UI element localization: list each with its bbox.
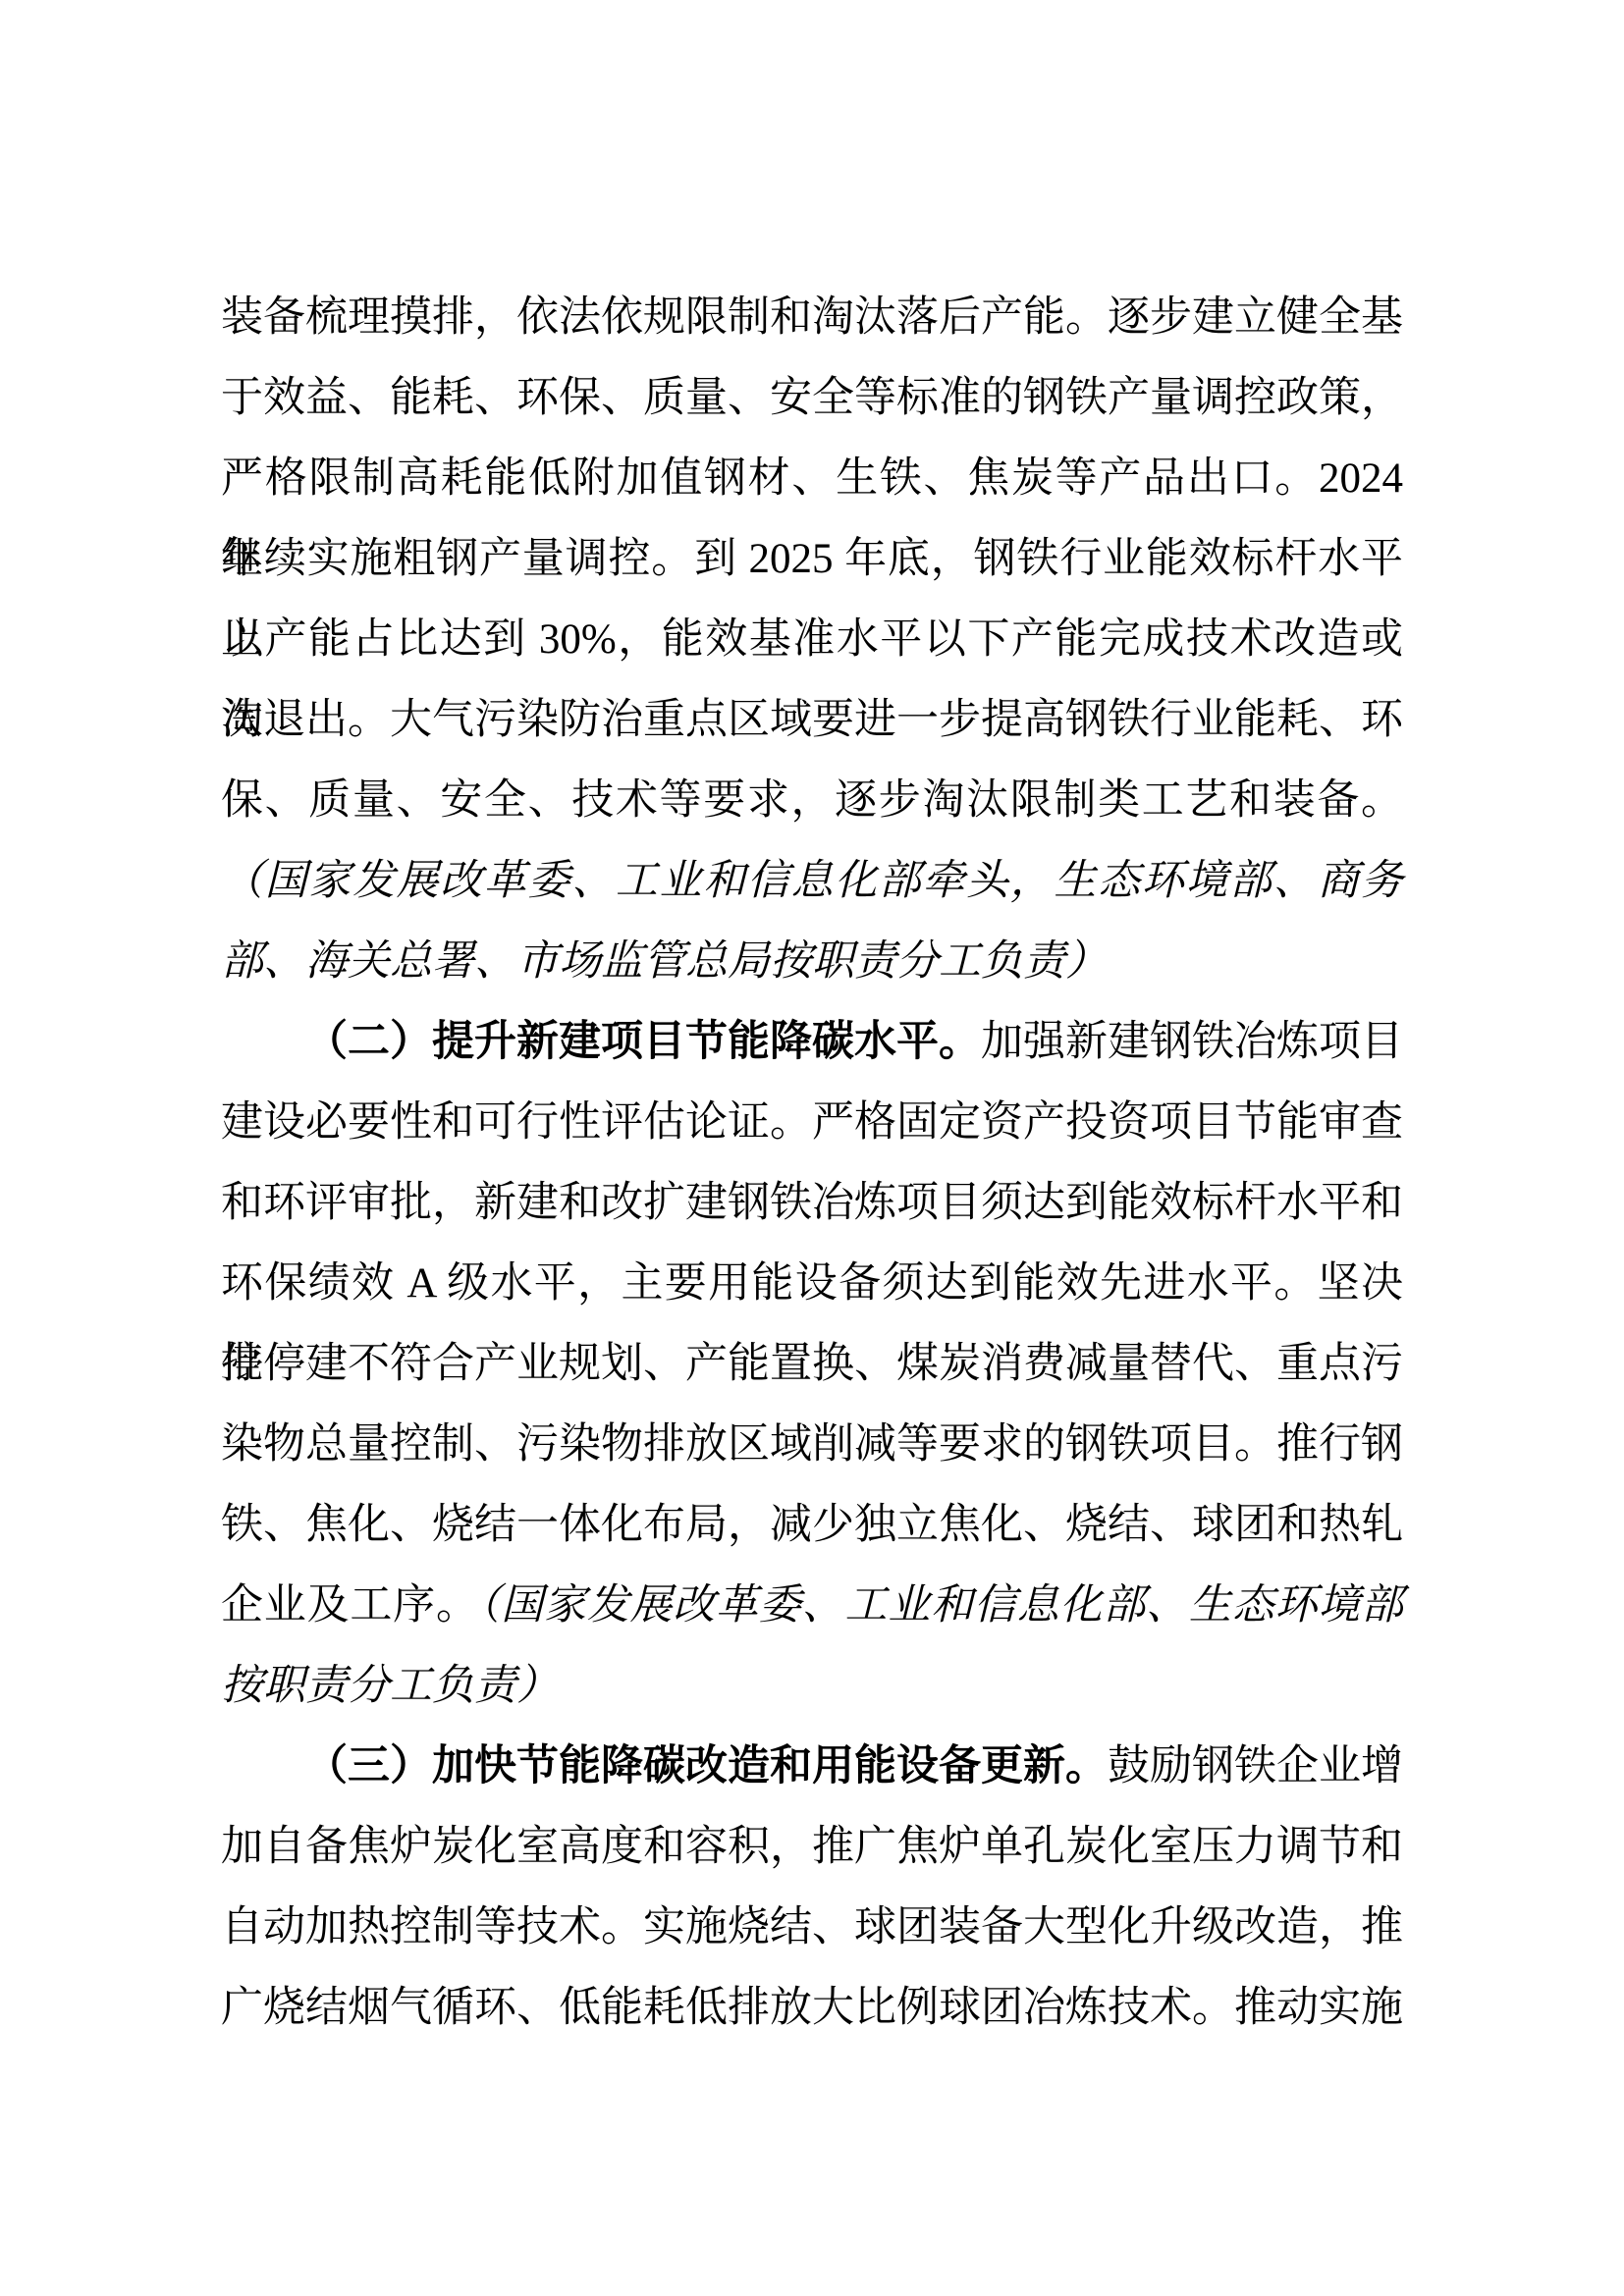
document-line: 企业及工序。（国家发展改革委、工业和信息化部、生态环境部: [221, 1566, 1403, 1646]
document-page: 装备梳理摸排，依法依规限制和淘汰落后产能。逐步建立健全基于效益、能耗、环保、质量…: [0, 0, 1624, 2296]
document-line: （二）提升新建项目节能降碳水平。加强新建钢铁冶炼项目: [221, 1002, 1403, 1083]
body-text: 广烧结烟气循环、低能耗低排放大比例球团冶炼技术。推动实施: [221, 1985, 1403, 2031]
body-text: 于效益、能耗、环保、质量、安全等标准的钢铁产量调控政策，: [221, 375, 1403, 421]
section-heading-text: （三）加快节能降碳改造和用能设备更新。: [305, 1743, 1108, 1789]
document-line: 环保绩效 A 级水平，主要用能设备须达到能效先进水平。坚决停: [221, 1244, 1403, 1324]
document-line: 装备梳理摸排，依法依规限制和淘汰落后产能。逐步建立健全基: [221, 278, 1403, 358]
document-line: 汰退出。大气污染防治重点区域要进一步提高钢铁行业能耗、环: [221, 680, 1403, 761]
document-line: 自动加热控制等技术。实施烧结、球团装备大型化升级改造，推: [221, 1888, 1403, 1968]
document-line: 部、海关总署、市场监管总局按职责分工负责）: [221, 922, 1403, 1002]
document-line: 加自备焦炉炭化室高度和容积，推广焦炉单孔炭化室压力调节和: [221, 1807, 1403, 1888]
body-text: 鼓励钢铁企业增: [1108, 1743, 1403, 1789]
body-text: 加自备焦炉炭化室高度和容积，推广焦炉单孔炭化室压力调节和: [221, 1824, 1403, 1870]
document-line: 批停建不符合产业规划、产能置换、煤炭消费减量替代、重点污: [221, 1324, 1403, 1405]
attribution-text: （国家发展改革委、工业和信息化部、生态环境部: [479, 1582, 1403, 1629]
body-text: 和环评审批，新建和改扩建钢铁冶炼项目须达到能效标杆水平和: [221, 1180, 1403, 1226]
attribution-text: （国家发展改革委、工业和信息化部牵头，生态环境部、商务: [221, 858, 1403, 904]
document-line: 按职责分工负责）: [221, 1646, 1403, 1727]
document-line: 继续实施粗钢产量调控。到 2025 年底，钢铁行业能效标杆水平以: [221, 519, 1403, 600]
body-text: 企业及工序。: [221, 1582, 479, 1629]
document-line: 广烧结烟气循环、低能耗低排放大比例球团冶炼技术。推动实施: [221, 1968, 1403, 2049]
body-text: 汰退出。大气污染防治重点区域要进一步提高钢铁行业能耗、环: [221, 697, 1403, 743]
document-line: 于效益、能耗、环保、质量、安全等标准的钢铁产量调控政策，: [221, 358, 1403, 439]
body-text: 保、质量、安全、技术等要求，逐步淘汰限制类工艺和装备。: [221, 777, 1403, 824]
body-text: 铁、焦化、烧结一体化布局，减少独立焦化、烧结、球团和热轧: [221, 1502, 1403, 1548]
document-line: 铁、焦化、烧结一体化布局，减少独立焦化、烧结、球团和热轧: [221, 1485, 1403, 1566]
body-text: 加强新建钢铁冶炼项目: [981, 1019, 1403, 1065]
document-text: 装备梳理摸排，依法依规限制和淘汰落后产能。逐步建立健全基于效益、能耗、环保、质量…: [221, 278, 1403, 2049]
document-line: 上产能占比达到 30%，能效基准水平以下产能完成技术改造或淘: [221, 600, 1403, 680]
attribution-text: 部、海关总署、市场监管总局按职责分工负责）: [221, 938, 1108, 985]
document-line: 建设必要性和可行性评估论证。严格固定资产投资项目节能审查: [221, 1083, 1403, 1163]
body-text: 建设必要性和可行性评估论证。严格固定资产投资项目节能审查: [221, 1099, 1403, 1146]
document-line: 染物总量控制、污染物排放区域削减等要求的钢铁项目。推行钢: [221, 1405, 1403, 1485]
body-text: 批停建不符合产业规划、产能置换、煤炭消费减量替代、重点污: [221, 1341, 1403, 1387]
document-line: 和环评审批，新建和改扩建钢铁冶炼项目须达到能效标杆水平和: [221, 1163, 1403, 1244]
document-line: （国家发展改革委、工业和信息化部牵头，生态环境部、商务: [221, 841, 1403, 922]
document-line: 严格限制高耗能低附加值钢材、生铁、焦炭等产品出口。2024 年: [221, 439, 1403, 519]
document-line: （三）加快节能降碳改造和用能设备更新。鼓励钢铁企业增: [221, 1727, 1403, 1807]
body-text: 装备梳理摸排，依法依规限制和淘汰落后产能。逐步建立健全基: [221, 294, 1403, 341]
section-heading-text: （二）提升新建项目节能降碳水平。: [305, 1019, 981, 1065]
document-line: 保、质量、安全、技术等要求，逐步淘汰限制类工艺和装备。: [221, 761, 1403, 841]
attribution-text: 按职责分工负责）: [221, 1663, 559, 1709]
body-text: 染物总量控制、污染物排放区域削减等要求的钢铁项目。推行钢: [221, 1421, 1403, 1468]
body-text: 自动加热控制等技术。实施烧结、球团装备大型化升级改造，推: [221, 1904, 1403, 1950]
